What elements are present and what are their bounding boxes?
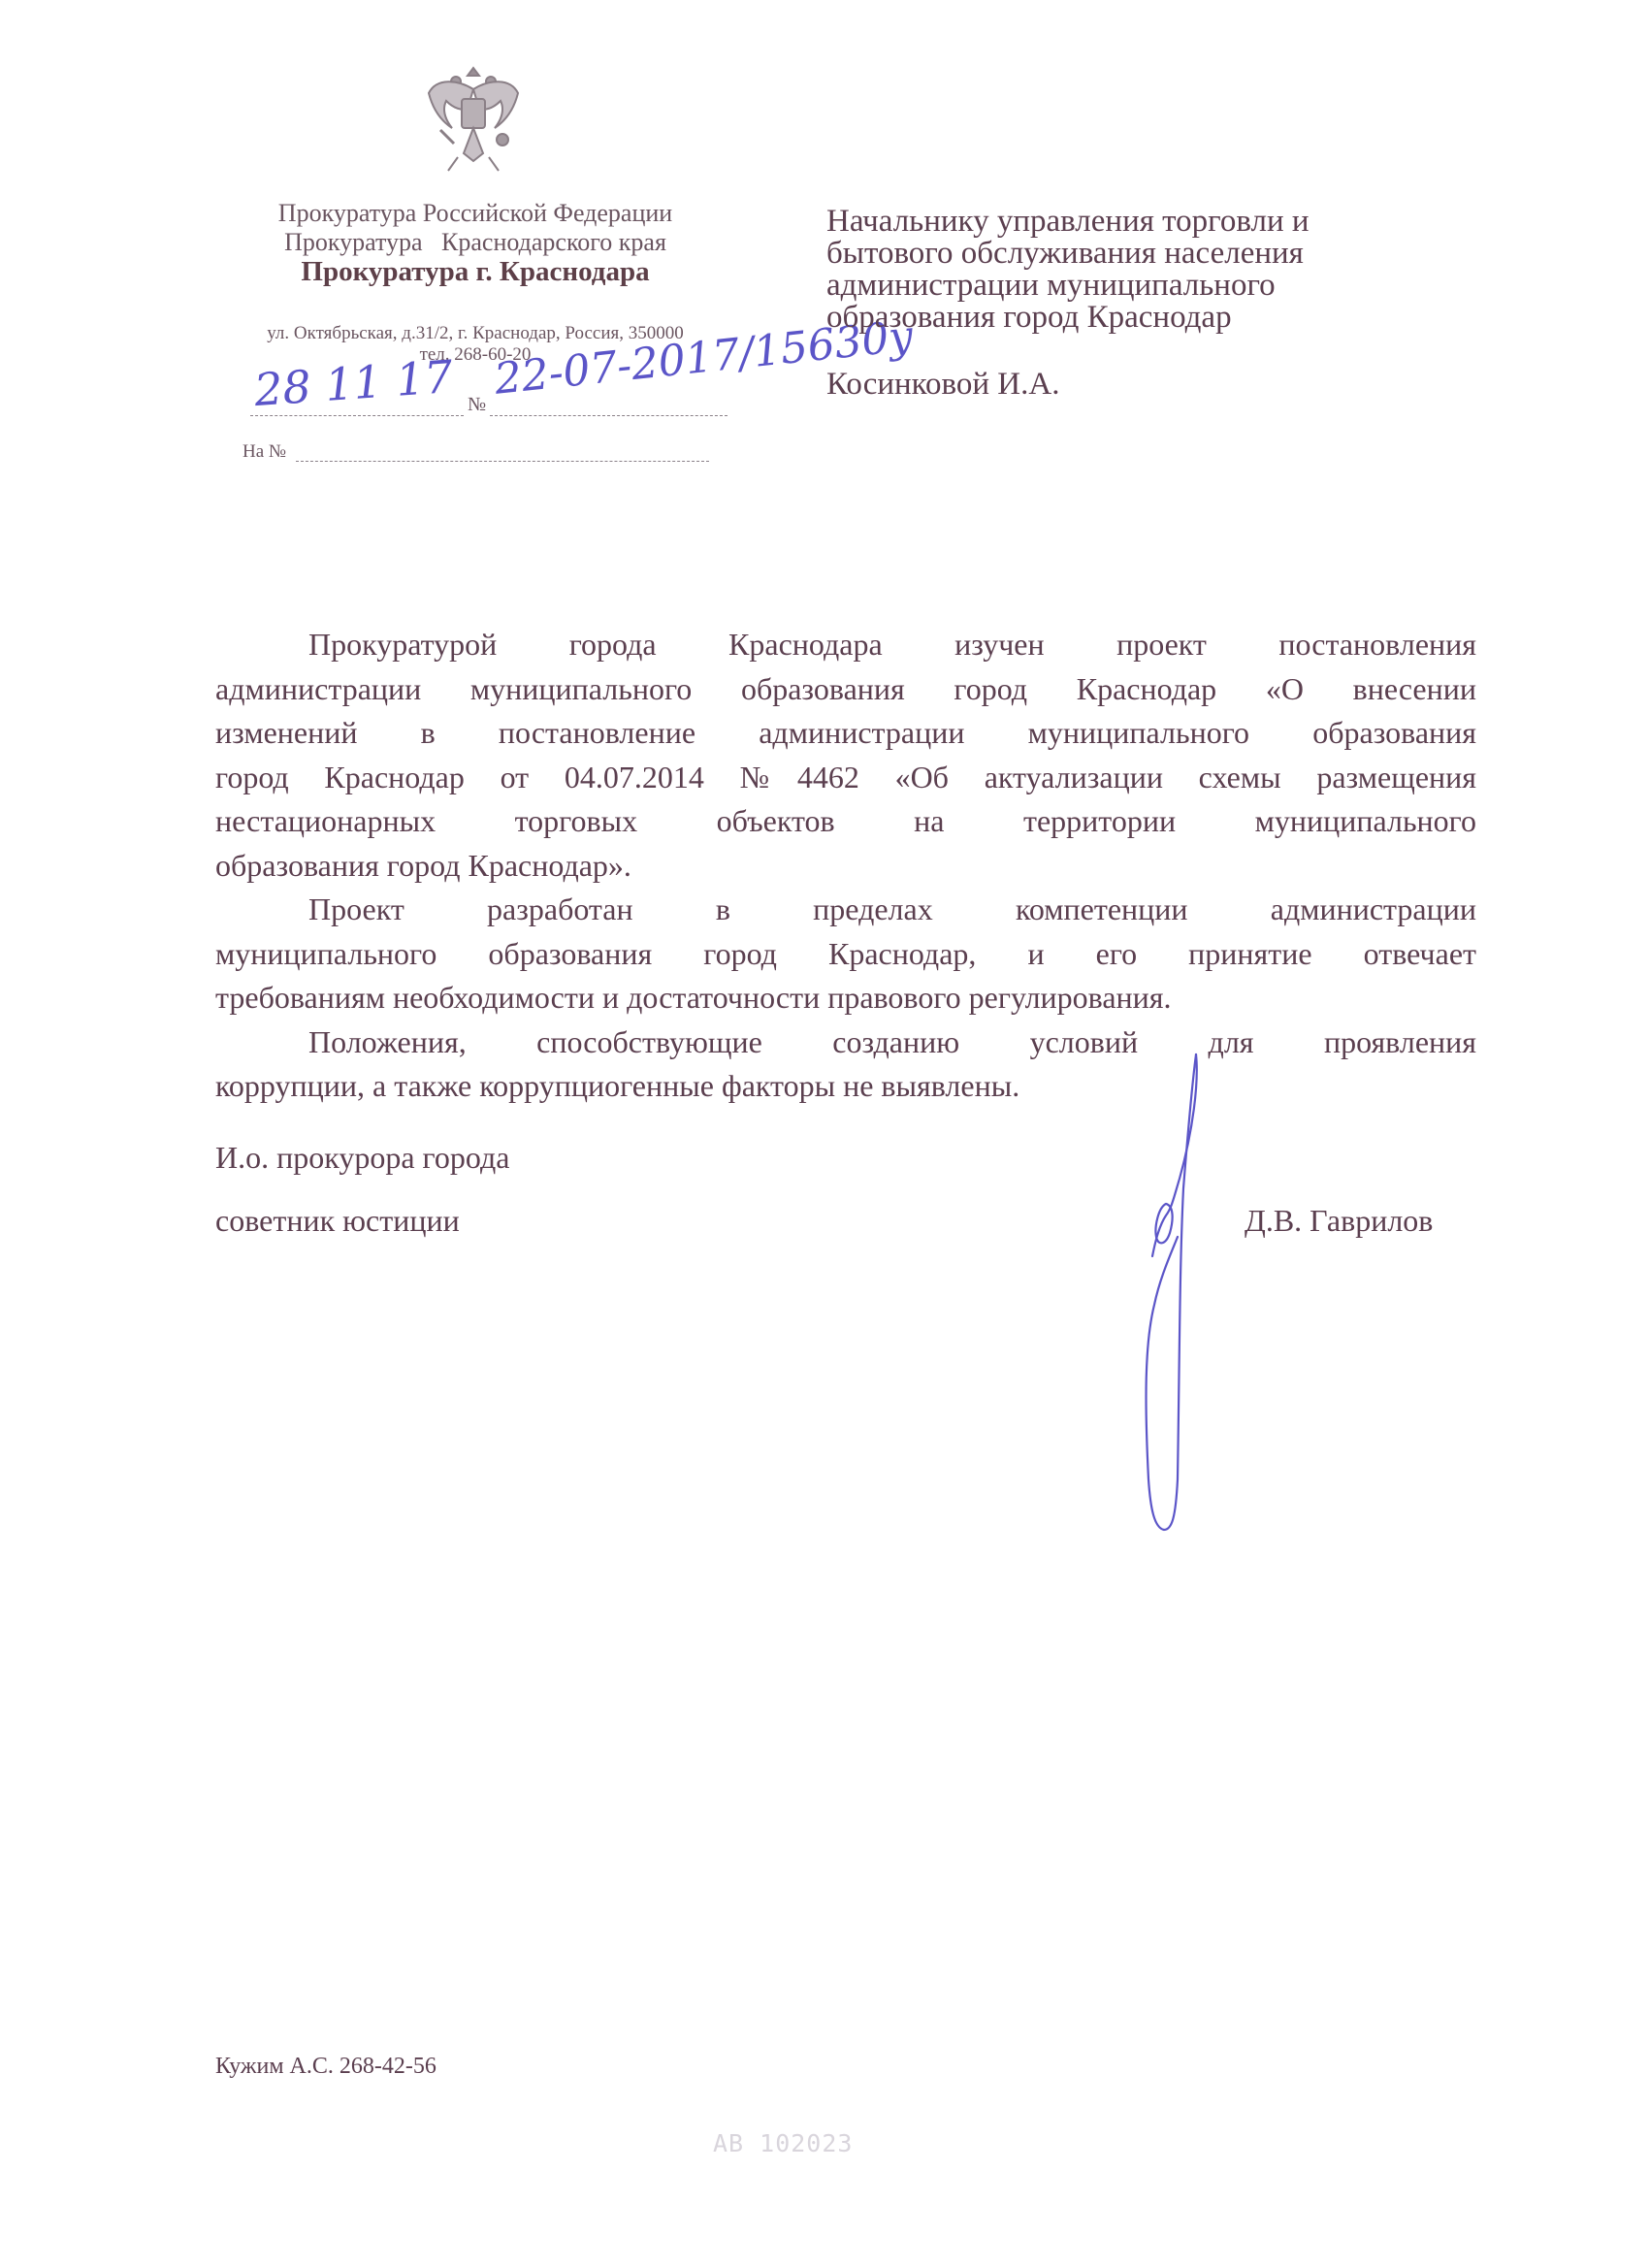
body-paragraph-2: Проект разработан в пределах компетенции… (215, 888, 1476, 1021)
addressee-line: образования город Краснодар (826, 302, 1467, 334)
body-line: Прокуратурой города Краснодара изучен пр… (215, 623, 1476, 667)
form-serial-number: АВ 102023 (713, 2129, 853, 2157)
letterhead-org-block: Прокуратура Российской Федерации Прокура… (218, 199, 732, 286)
body-paragraph-3: Положения, способствующие созданию услов… (215, 1021, 1476, 1109)
body-line: нестационарных торговых объектов на терр… (215, 799, 1476, 844)
body-line: требованиям необходимости и достаточност… (215, 976, 1476, 1021)
body-line: изменений в постановление администрации … (215, 711, 1476, 756)
addressee-line: бытового обслуживания населения (826, 238, 1467, 270)
addressee-line: администрации муниципального (826, 270, 1467, 302)
body-line: город Краснодар от 04.07.2014 №4462 «Об … (215, 756, 1476, 800)
signer-name: Д.В. Гаврилов (1245, 1203, 1433, 1239)
reply-to-label: На № (242, 441, 286, 463)
body-line: коррупции, а также коррупциогенные факто… (215, 1064, 1476, 1109)
handwritten-signature-icon (1115, 1053, 1222, 1538)
addressee-line: Начальнику управления торговли и (826, 206, 1467, 238)
body-line: образования город Краснодар». (215, 844, 1476, 889)
body-line: муниципального образования город Краснод… (215, 932, 1476, 977)
body-line: Положения, способствующие созданию услов… (215, 1021, 1476, 1065)
registration-date-line (250, 415, 464, 416)
executor-contact: Кужим А.С. 268-42-56 (215, 2054, 436, 2080)
registration-number-label: № (468, 394, 486, 416)
coat-of-arms-emblem-icon (419, 60, 528, 177)
body-line: Проект разработан в пределах компетенции… (215, 888, 1476, 932)
body-paragraph-1: Прокуратурой города Краснодара изучен пр… (215, 623, 1476, 888)
signer-title-line-1: И.о. прокурора города (215, 1140, 509, 1176)
org-line-city: Прокуратура г. Краснодара (218, 257, 732, 286)
addressee-block: Начальнику управления торговли и бытовог… (826, 206, 1467, 334)
letter-body: Прокуратурой города Краснодара изучен пр… (215, 623, 1476, 1109)
org-line-region: Прокуратура Краснодарского края (218, 228, 732, 257)
body-line: администрации муниципального образования… (215, 667, 1476, 712)
registration-number-line (490, 415, 727, 416)
reply-to-line (296, 461, 709, 462)
addressee-name: Косинковой И.А. (826, 367, 1059, 403)
signer-title-line-2: советник юстиции (215, 1203, 460, 1239)
org-line-federation: Прокуратура Российской Федерации (218, 199, 732, 228)
